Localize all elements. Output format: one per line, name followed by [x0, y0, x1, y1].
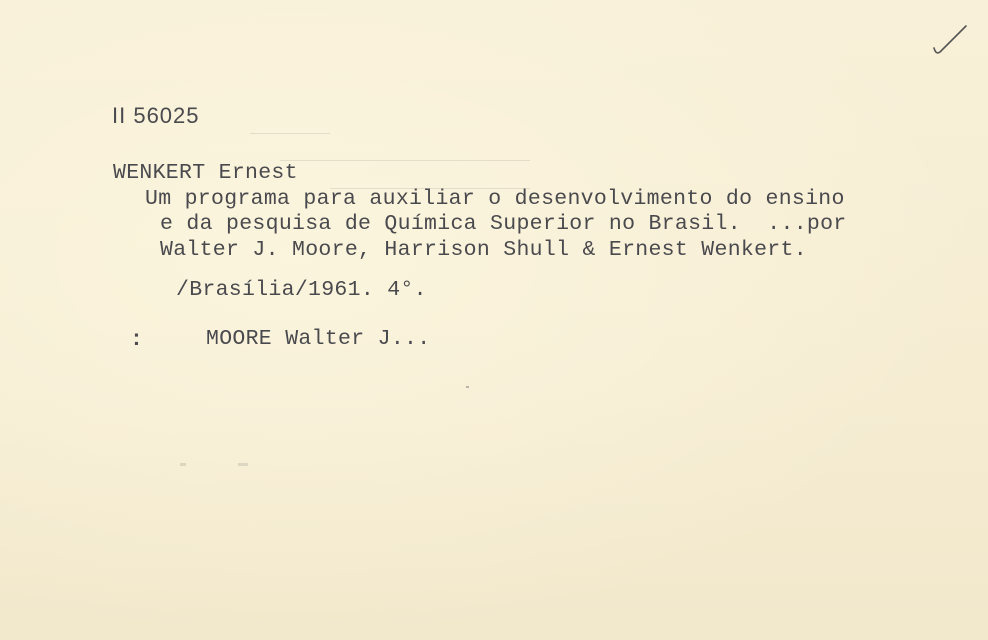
- check-mark-icon: [930, 22, 970, 58]
- added-entry-marker: :: [130, 328, 143, 352]
- author-heading: WENKERT Ernest: [113, 161, 298, 185]
- added-entry: MOORE Walter J...: [206, 327, 430, 351]
- imprint: /Brasília/1961. 4°.: [176, 278, 427, 302]
- catalog-card: II 56025 WENKERT Ernest Um programa para…: [0, 0, 988, 640]
- title-line-2: e da pesquisa de Química Superior no Bra…: [160, 212, 847, 236]
- title-line-1: Um programa para auxiliar o desenvolvime…: [145, 187, 845, 211]
- title-line-3: Walter J. Moore, Harrison Shull & Ernest…: [160, 238, 807, 262]
- call-number: II 56025: [112, 104, 200, 128]
